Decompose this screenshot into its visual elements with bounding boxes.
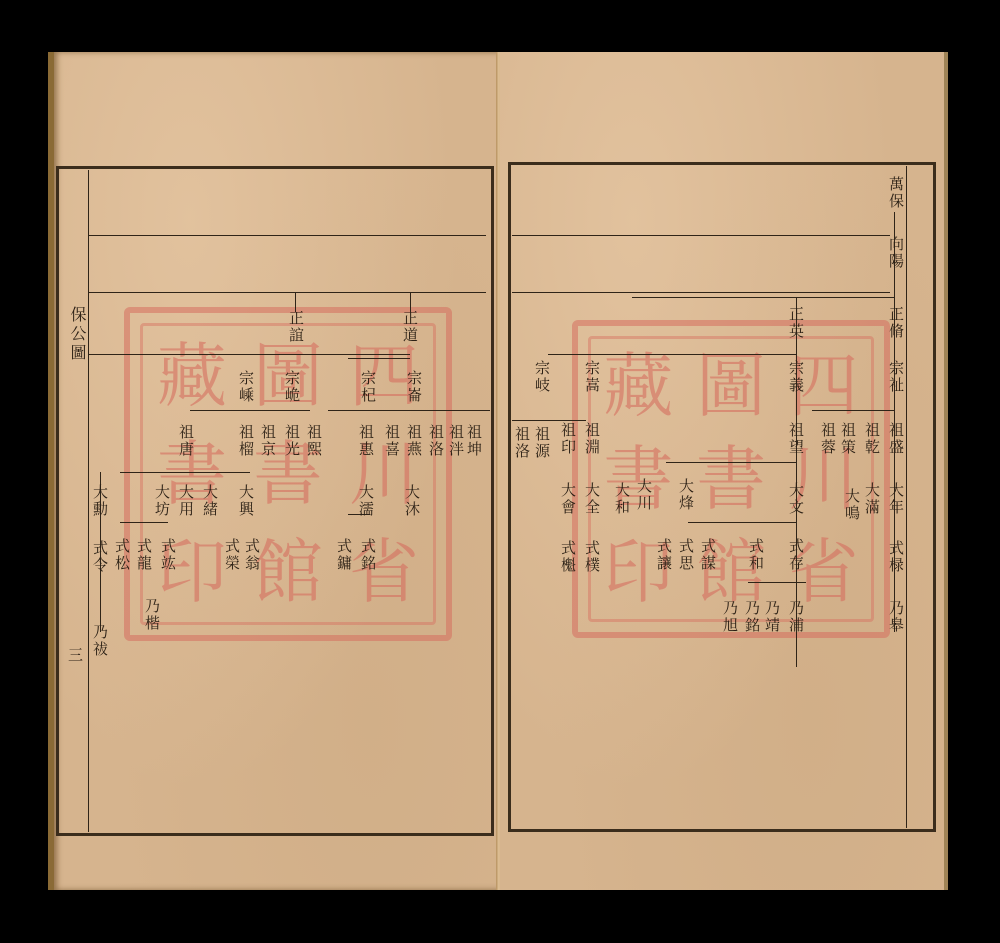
person-name: 式樸 (584, 540, 599, 574)
person-name: 祖唐 (178, 424, 193, 458)
person-name: 大川 (636, 478, 651, 512)
person-name: 祖泮 (448, 424, 463, 458)
person-name: 乃靖 (764, 600, 779, 634)
person-name: 大烽 (678, 478, 693, 512)
person-name: 祖光 (284, 424, 299, 458)
person-name: 宗杞 (360, 370, 375, 404)
person-name: 宗岐 (534, 360, 549, 394)
tree-branch (748, 582, 806, 583)
person-name: 祖洛 (514, 426, 529, 460)
person-name: 大年 (888, 482, 903, 516)
person-name: 祖燕 (406, 424, 421, 458)
generation-rule-2 (88, 292, 486, 293)
person-name: 式椂 (888, 540, 903, 574)
person-name: 祖策 (840, 422, 855, 456)
person-name: 宗峗 (284, 370, 299, 404)
person-name: 式令 (92, 540, 107, 574)
person-name: 式存 (788, 538, 803, 572)
person-name: 乃浦 (788, 600, 803, 634)
tree-branch (688, 522, 796, 523)
person-name: 祖坤 (466, 424, 481, 458)
person-name: 大濡 (358, 484, 373, 518)
person-name: 大鳴 (844, 488, 859, 522)
person-name: 大坊 (154, 484, 169, 518)
person-name: 大緒 (202, 484, 217, 518)
person-name: 大文 (788, 482, 803, 516)
tree-branch (88, 354, 410, 355)
person-name: 乃旭 (722, 600, 737, 634)
person-name: 式竑 (160, 538, 175, 572)
person-name: 乃皋 (888, 600, 903, 634)
person-name: 大全 (584, 482, 599, 516)
person-name: 祖印 (560, 422, 575, 456)
tree-branch (548, 354, 796, 355)
person-name: 大會 (560, 482, 575, 516)
generation-rule-4 (512, 292, 890, 293)
person-name: 大和 (614, 482, 629, 516)
person-name: 大沐 (404, 484, 419, 518)
person-name: 式龍 (136, 538, 151, 572)
generation-rule-1 (88, 235, 486, 236)
person-name: 宗義 (788, 360, 803, 394)
person-name: 式讓 (656, 538, 671, 572)
person-name: 祖乾 (864, 422, 879, 456)
person-name: 乃銘 (744, 600, 759, 634)
left-margin-rule (88, 170, 89, 832)
person-name: 宗嵩 (584, 360, 599, 394)
person-name: 向陽 (888, 236, 903, 270)
person-name: 祖洛 (428, 424, 443, 458)
person-name: 祖盛 (888, 422, 903, 456)
right-margin-rule (906, 166, 907, 828)
tree-branch (190, 410, 310, 411)
person-name: 宗嵊 (238, 370, 253, 404)
person-name: 祖惠 (358, 424, 373, 458)
person-name: 正英 (788, 306, 803, 340)
person-name: 祖蓉 (820, 422, 835, 456)
person-name: 式松 (114, 538, 129, 572)
generation-rule-3 (512, 235, 890, 236)
person-name: 式鏞 (336, 538, 351, 572)
person-name: 式櫆 (560, 540, 575, 574)
open-book: 藏圖四 書書川 印館省 藏圖四 書書川 印館省 保公圖 三 正誼 正道 宗嵊 宗… (48, 52, 948, 892)
person-name: 祖喜 (384, 424, 399, 458)
tree-branch (512, 420, 586, 421)
tree-branch (812, 410, 894, 411)
tree-stem (295, 292, 296, 312)
page-number: 三 (68, 644, 83, 665)
person-name: 正道 (402, 310, 417, 344)
person-name: 萬保 (888, 176, 903, 210)
tree-branch (120, 472, 250, 473)
library-seal-right: 藏圖四 書書川 印館省 (572, 320, 890, 638)
person-name: 式翁 (244, 538, 259, 572)
person-name: 大勳 (92, 484, 107, 518)
person-name: 乃楷 (144, 598, 159, 632)
person-name: 祖望 (788, 422, 803, 456)
tree-branch (120, 522, 168, 523)
tree-branch (666, 462, 796, 463)
tree-stem (410, 292, 411, 312)
person-name: 祖淵 (584, 422, 599, 456)
tree-branch (348, 358, 410, 359)
person-name: 式和 (748, 538, 763, 572)
person-name: 祖京 (260, 424, 275, 458)
person-name: 大用 (178, 484, 193, 518)
person-name: 宗崙 (406, 370, 421, 404)
person-name: 式謀 (700, 538, 715, 572)
chart-title: 保公圖 (66, 306, 89, 363)
person-name: 乃祓 (92, 624, 107, 658)
person-name: 祖熙 (306, 424, 321, 458)
person-name: 祖榴 (238, 424, 253, 458)
person-name: 大興 (238, 484, 253, 518)
person-name: 祖源 (534, 426, 549, 460)
tree-branch (328, 410, 490, 411)
tree-branch (632, 297, 894, 298)
person-name: 式銘 (360, 538, 375, 572)
person-name: 大滿 (864, 482, 879, 516)
person-name: 式思 (678, 538, 693, 572)
person-name: 正脩 (888, 306, 903, 340)
person-name: 式榮 (224, 538, 239, 572)
person-name: 正誼 (288, 310, 303, 344)
person-name: 宗祉 (888, 360, 903, 394)
